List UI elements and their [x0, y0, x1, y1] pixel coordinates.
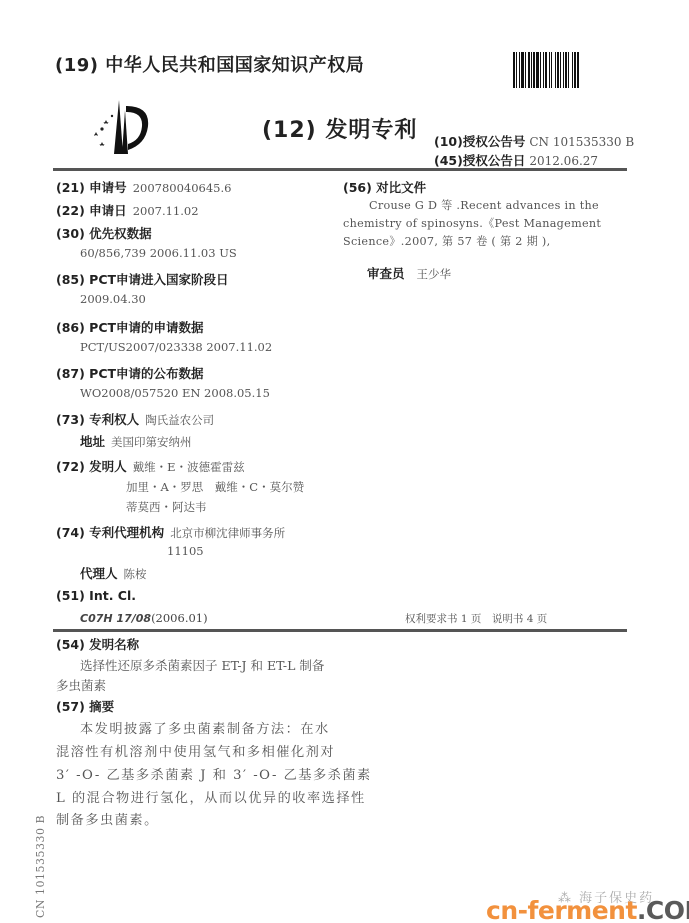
application-date: (22) 申请日2007.11.02	[56, 201, 199, 219]
publication-date-value: 2012.06.27	[529, 154, 598, 168]
int-cl-value: C07H 17/08(2006.01)	[80, 611, 208, 625]
field-code: (22) 申请日	[56, 203, 127, 218]
publication-date: (45)授权公告日2012.06.27	[434, 151, 598, 169]
invention-title-heading: (54) 发明名称	[56, 635, 139, 653]
document-type: (12) 发明专利	[262, 113, 417, 144]
examiner-label: 审查员	[367, 266, 405, 281]
watermark-main-text: cn-ferment	[486, 896, 637, 923]
application-number: (21) 申请号200780040645.6	[56, 178, 231, 196]
patent-agency-number: 11105	[167, 544, 204, 558]
watermark-logo: cn-ferment.COM	[486, 896, 689, 923]
int-cl-class: C07H 17/08	[80, 612, 151, 625]
pct-national-entry: (85) PCT申请进入国家阶段日	[56, 270, 229, 288]
abstract-line: 3′ -O- 乙基多杀菌素 J 和 3′ -O- 乙基多杀菌素	[56, 764, 372, 783]
field-code: 代理人	[80, 566, 118, 581]
field-value: 2007.11.02	[133, 204, 199, 218]
examiner-name: 王少华	[417, 267, 452, 281]
field-code: (87) PCT申请的公布数据	[56, 366, 204, 381]
field-value: 美国印第安纳州	[111, 435, 192, 449]
pct-publication-value: WO2008/057520 EN 2008.05.15	[80, 386, 270, 400]
inventor-line: 加里・A・罗思 戴维・C・莫尔赞	[126, 479, 304, 495]
publication-number: (10)授权公告号CN 101535330 B	[434, 132, 634, 150]
inventor-line: 蒂莫西・阿达韦	[126, 499, 207, 515]
field-value: 陶氏益农公司	[145, 413, 214, 427]
abstract-line: 本发明披露了多虫菌素制备方法：在水	[80, 718, 330, 737]
abstract-line: L 的混合物进行氢化，从而以优异的收率选择性	[56, 787, 366, 806]
field-code: (30) 优先权数据	[56, 226, 152, 241]
field-code: (21) 申请号	[56, 180, 127, 195]
field-code: (51) Int. Cl.	[56, 588, 136, 603]
header-divider	[53, 168, 627, 171]
reference-line: Crouse G D 等 .Recent advances in the	[369, 197, 599, 213]
field-value: 北京市柳沈律师事务所	[170, 526, 285, 540]
invention-title-line: 多虫菌素	[56, 676, 106, 694]
field-value: 陈桉	[124, 567, 147, 581]
field-code: (86) PCT申请的申请数据	[56, 320, 204, 335]
cited-references-heading: (56) 对比文件	[343, 178, 426, 196]
pct-publication: (87) PCT申请的公布数据	[56, 364, 204, 382]
inventors: (72) 发明人戴维・E・波德霍雷兹	[56, 457, 245, 475]
watermark: ⁂ 海子保史药 cn-ferment.COM	[486, 890, 686, 923]
field-value: 200780040645.6	[133, 181, 232, 195]
page-counts: 权利要求书 1 页 说明书 4 页	[405, 611, 547, 626]
pct-application: (86) PCT申请的申请数据	[56, 318, 204, 336]
side-patent-id: CN 101535330 B	[34, 815, 47, 918]
field-code: (72) 发明人	[56, 459, 127, 474]
invention-title-line: 选择性还原多杀菌素因子 ET-J 和 ET-L 制备	[80, 656, 324, 674]
abstract-heading: (57) 摘要	[56, 697, 114, 715]
patentee: (73) 专利权人陶氏益农公司	[56, 410, 214, 428]
abstract-line: 混溶性有机溶剂中使用氢气和多相催化剂对	[56, 741, 335, 760]
reference-line: chemistry of spinosyns.《Pest Management	[343, 215, 601, 231]
pct-national-entry-value: 2009.04.30	[80, 292, 146, 306]
field-code: (74) 专利代理机构	[56, 525, 164, 540]
field-code: 地址	[80, 434, 105, 449]
cnipa-logo-icon	[88, 96, 158, 156]
priority-data: (30) 优先权数据	[56, 224, 152, 242]
publication-date-label: (45)授权公告日	[434, 153, 525, 168]
priority-data-value: 60/856,739 2006.11.03 US	[80, 246, 237, 260]
patent-agent: 代理人陈桉	[80, 564, 147, 582]
field-code: (85) PCT申请进入国家阶段日	[56, 272, 229, 287]
int-cl: (51) Int. Cl.	[56, 588, 136, 603]
field-code: (57) 摘要	[56, 699, 114, 714]
reference-line: Science》.2007, 第 57 卷 ( 第 2 期 ),	[343, 233, 550, 249]
int-cl-version: (2006.01)	[151, 611, 208, 625]
field-code: (54) 发明名称	[56, 637, 139, 652]
issuing-office: (19) 中华人民共和国国家知识产权局	[55, 51, 364, 77]
pct-application-value: PCT/US2007/023338 2007.11.02	[80, 340, 272, 354]
abstract-line: 制备多虫菌素。	[56, 809, 159, 828]
address: 地址美国印第安纳州	[80, 432, 192, 450]
publication-number-value: CN 101535330 B	[529, 135, 634, 149]
watermark-suffix: .COM	[637, 896, 689, 923]
inventor-line: 戴维・E・波德霍雷兹	[133, 460, 245, 474]
barcode-icon	[513, 52, 621, 88]
publication-number-label: (10)授权公告号	[434, 134, 525, 149]
examiner: 审查员王少华	[367, 264, 451, 282]
patent-agency: (74) 专利代理机构北京市柳沈律师事务所	[56, 523, 285, 541]
section-divider	[53, 629, 627, 632]
field-code: (73) 专利权人	[56, 412, 139, 427]
